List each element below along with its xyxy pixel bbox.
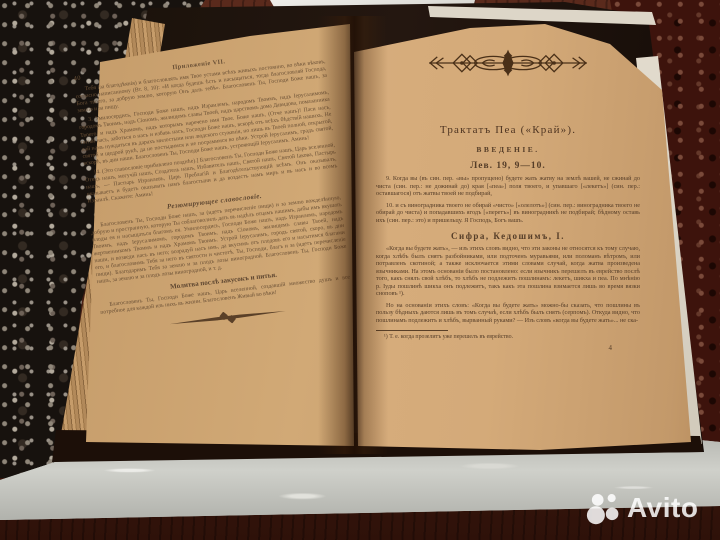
tailpiece-ornament-icon [167,304,288,330]
sifra-paragraph: Но на основаніи этихъ словъ: «Когда вы б… [376,302,640,325]
verse-paragraph: 10. и съ виноградника твоего не обирай «… [376,202,640,225]
verse-paragraph: 9. Когда вы (въ син. пер. «вы» пропущено… [376,175,640,198]
introduction-heading: ВВЕДЕНІЕ. [376,145,640,154]
avito-logo-icon [586,490,622,526]
book-photo-scene: 40 Приложеніе VII. Тебя (за благодѣянія)… [0,0,720,540]
headpiece-ornament-icon [426,44,590,82]
gutter-fold-shadow [318,16,388,454]
sifra-section-heading: Сифра, Кедошимъ, I. [376,231,640,241]
right-page-number: 4 [376,344,640,352]
tractate-title: Трактатъ Пеа («Край»). [376,124,640,136]
sifra-paragraph: «Когда вы будете жать», — изъ этихъ слов… [376,245,640,298]
watermark: Avito [586,490,698,526]
footnote-text: ¹) Т. е. когда прозелитъ уже перешелъ въ… [376,334,640,341]
right-page-content: Трактатъ Пеа («Край»). ВВЕДЕНІЕ. Лев. 19… [376,44,640,352]
verse-reference-heading: Лев. 19, 9—10. [376,161,640,171]
watermark-brand-text: Avito [627,492,698,524]
